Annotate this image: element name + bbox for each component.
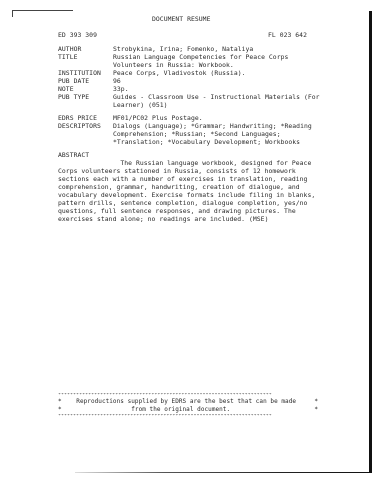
- field-label-note: NOTE: [58, 85, 74, 93]
- abstract-line: vocabulary development. Exercise formats…: [58, 191, 315, 199]
- footer-reproduction-line1: * Reproductions supplied by EDRS are the…: [58, 398, 318, 406]
- field-value-descriptors-line2: Comprehension; *Russian; *Second Languag…: [113, 130, 281, 138]
- abstract-line: The Russian language workbook, designed …: [58, 159, 311, 167]
- field-value-pub-date: 96: [113, 77, 121, 85]
- fl-number: FL 023 642: [268, 31, 307, 39]
- footer-star-border-bottom: ****************************************…: [58, 414, 273, 419]
- field-value-title-line1: Russian Language Competencies for Peace …: [113, 53, 288, 61]
- document-title: DOCUMENT RESUME: [152, 15, 210, 23]
- field-label-institution: INSTITUTION: [58, 69, 101, 77]
- abstract-line: Corps volunteers stationed in Russia, co…: [58, 167, 296, 175]
- abstract-line: pattern drills, sentence completion, dia…: [58, 199, 307, 207]
- field-value-note: 33p.: [113, 85, 129, 93]
- abstract-line: exercises stand alone; no readings are i…: [58, 215, 268, 223]
- field-value-institution: Peace Corps, Vladivostok (Russia).: [113, 69, 246, 77]
- field-value-pub-type-line2: Learner) (051): [113, 101, 168, 109]
- field-label-title: TITLE: [58, 53, 78, 61]
- footer-reproduction-line2: * from the original document. *: [58, 406, 318, 414]
- page-bottom-border: [75, 472, 372, 473]
- field-value-author: Strobykina, Irina; Fomenko, Nataliya: [113, 45, 253, 53]
- field-value-descriptors-line3: *Translation; *Vocabulary Development; W…: [113, 138, 300, 146]
- abstract-label: ABSTRACT: [58, 151, 89, 159]
- field-value-title-line2: Volunteers in Russia: Workbook.: [113, 61, 234, 69]
- scan-corner-mark: [12, 10, 73, 17]
- field-value-edrs-price: MF01/PC02 Plus Postage.: [113, 114, 203, 122]
- abstract-line: sections each with a number of exercises…: [58, 175, 307, 183]
- abstract-line: comprehension, grammar, handwriting, cre…: [58, 183, 300, 191]
- document-page: DOCUMENT RESUME ED 393 309 FL 023 642 AU…: [0, 0, 387, 500]
- field-label-edrs-price: EDRS PRICE: [58, 114, 97, 122]
- field-value-descriptors-line1: Dialogs (Language); *Grammar; Handwritin…: [113, 122, 312, 130]
- page-right-border: [369, 11, 372, 473]
- abstract-line: questions, full sentence responses, and …: [58, 207, 296, 215]
- ed-number: ED 393 309: [58, 31, 97, 39]
- field-label-descriptors: DESCRIPTORS: [58, 122, 101, 130]
- field-label-pub-date: PUB DATE: [58, 77, 89, 85]
- field-label-pub-type: PUB TYPE: [58, 93, 89, 101]
- field-value-pub-type-line1: Guides - Classroom Use - Instructional M…: [113, 93, 320, 101]
- field-label-author: AUTHOR: [58, 45, 81, 53]
